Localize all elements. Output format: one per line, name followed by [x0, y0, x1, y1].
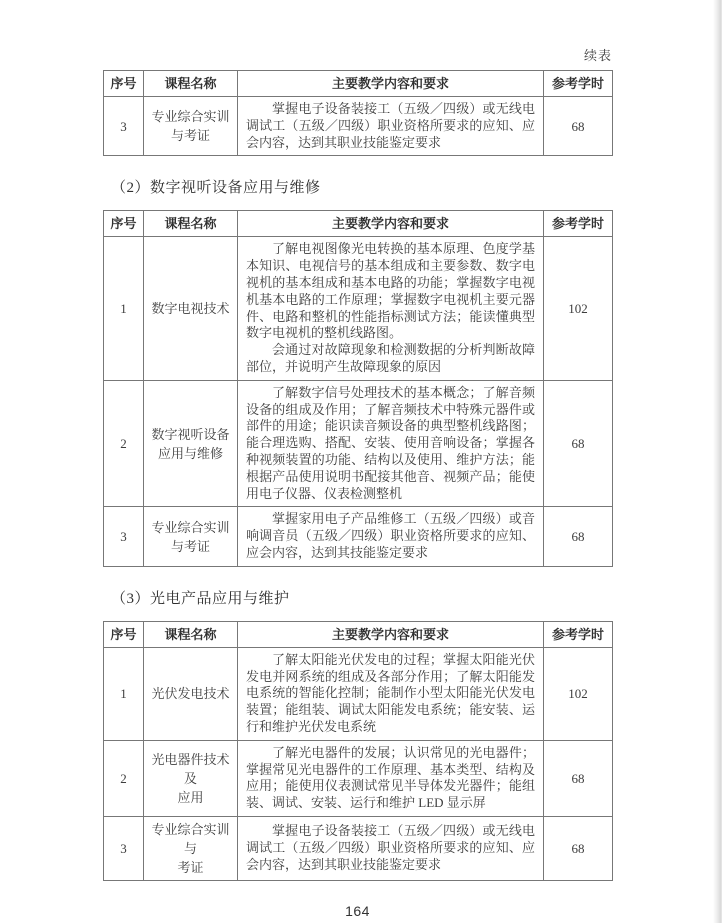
course-content: 了解太阳能光伏发电的过程；掌握太阳能光伏发电并网系统的组成及各部分作用；了解太阳…	[238, 647, 544, 740]
course-name: 数字电视技术	[144, 237, 238, 380]
course-content: 掌握电子设备装接工（五级／四级）或无线电调试工（五级／四级）职业资格所要求的应知…	[238, 97, 544, 156]
course-table-2: 序号 课程名称 主要教学内容和要求 参考学时 1 数字电视技术 了解电视图像光电…	[103, 210, 613, 566]
column-header-course: 课程名称	[144, 71, 238, 97]
column-header-hours: 参考学时	[544, 71, 613, 97]
course-name: 数字视听设备 应用与维修	[144, 380, 238, 507]
table-row: 2 数字视听设备 应用与维修 了解数字信号处理技术的基本概念；了解音频设备的组成…	[104, 380, 613, 507]
course-name: 光伏发电技术	[144, 647, 238, 740]
row-number: 2	[104, 740, 144, 816]
row-number: 3	[104, 97, 144, 156]
table-header-row: 序号 课程名称 主要教学内容和要求 参考学时	[104, 621, 613, 647]
course-table-1-continued: 序号 课程名称 主要教学内容和要求 参考学时 3 专业综合实训 与考证 掌握电子…	[103, 70, 613, 156]
column-header-content: 主要教学内容和要求	[238, 71, 544, 97]
table-row: 3 专业综合实训与 考证 掌握电子设备装接工（五级／四级）或无线电调试工（五级／…	[104, 816, 613, 880]
course-hours: 68	[544, 816, 613, 880]
column-header-course: 课程名称	[144, 621, 238, 647]
course-hours: 68	[544, 507, 613, 566]
course-content: 了解电视图像光电转换的基本原理、色度学基本知识、电视信号的基本组成和主要参数、数…	[238, 237, 544, 380]
course-name: 光电器件技术及 应用	[144, 740, 238, 816]
course-content: 了解数字信号处理技术的基本概念；了解音频设备的组成及作用；了解音频技术中特殊元器…	[238, 380, 544, 507]
table-header-row: 序号 课程名称 主要教学内容和要求 参考学时	[104, 211, 613, 237]
column-header-no: 序号	[104, 71, 144, 97]
table-row: 2 光电器件技术及 应用 了解光电器件的发展；认识常见的光电器件；掌握常见光电器…	[104, 740, 613, 816]
course-hours: 68	[544, 740, 613, 816]
document-page: 续表 序号 课程名称 主要教学内容和要求 参考学时 3 专业综合实训 与考证 掌…	[0, 0, 722, 923]
course-hours: 102	[544, 647, 613, 740]
column-header-course: 课程名称	[144, 211, 238, 237]
row-number: 1	[104, 647, 144, 740]
course-name: 专业综合实训 与考证	[144, 507, 238, 566]
table-header-row: 序号 课程名称 主要教学内容和要求 参考学时	[104, 71, 613, 97]
column-header-no: 序号	[104, 621, 144, 647]
course-content: 掌握电子设备装接工（五级／四级）或无线电调试工（五级／四级）职业资格所要求的应知…	[238, 816, 544, 880]
column-header-no: 序号	[104, 211, 144, 237]
page-scan-edge	[713, 0, 722, 923]
course-content: 掌握家用电子产品维修工（五级／四级）或音响调音员（五级／四级）职业资格所要求的应…	[238, 507, 544, 566]
course-name: 专业综合实训 与考证	[144, 97, 238, 156]
column-header-content: 主要教学内容和要求	[238, 621, 544, 647]
table-row: 3 专业综合实训 与考证 掌握电子设备装接工（五级／四级）或无线电调试工（五级／…	[104, 97, 613, 156]
section-title-3: （3）光电产品应用与维护	[103, 587, 612, 608]
section-title-2: （2）数字视听设备应用与维修	[103, 176, 612, 197]
column-header-hours: 参考学时	[544, 621, 613, 647]
course-hours: 68	[544, 380, 613, 507]
row-number: 1	[104, 237, 144, 380]
course-hours: 68	[544, 97, 613, 156]
page-content: 续表 序号 课程名称 主要教学内容和要求 参考学时 3 专业综合实训 与考证 掌…	[103, 0, 612, 919]
continued-table-label: 续表	[103, 45, 612, 64]
column-header-hours: 参考学时	[544, 211, 613, 237]
table-row: 1 光伏发电技术 了解太阳能光伏发电的过程；掌握太阳能光伏发电并网系统的组成及各…	[104, 647, 613, 740]
course-hours: 102	[544, 237, 613, 380]
table-row: 1 数字电视技术 了解电视图像光电转换的基本原理、色度学基本知识、电视信号的基本…	[104, 237, 613, 380]
course-name: 专业综合实训与 考证	[144, 816, 238, 880]
table-row: 3 专业综合实训 与考证 掌握家用电子产品维修工（五级／四级）或音响调音员（五级…	[104, 507, 613, 566]
course-content: 了解光电器件的发展；认识常见的光电器件；掌握常见光电器件的工作原理、基本类型、结…	[238, 740, 544, 816]
page-number: 164	[103, 903, 612, 919]
row-number: 3	[104, 816, 144, 880]
column-header-content: 主要教学内容和要求	[238, 211, 544, 237]
course-table-3: 序号 课程名称 主要教学内容和要求 参考学时 1 光伏发电技术 了解太阳能光伏发…	[103, 621, 613, 881]
row-number: 3	[104, 507, 144, 566]
row-number: 2	[104, 380, 144, 507]
